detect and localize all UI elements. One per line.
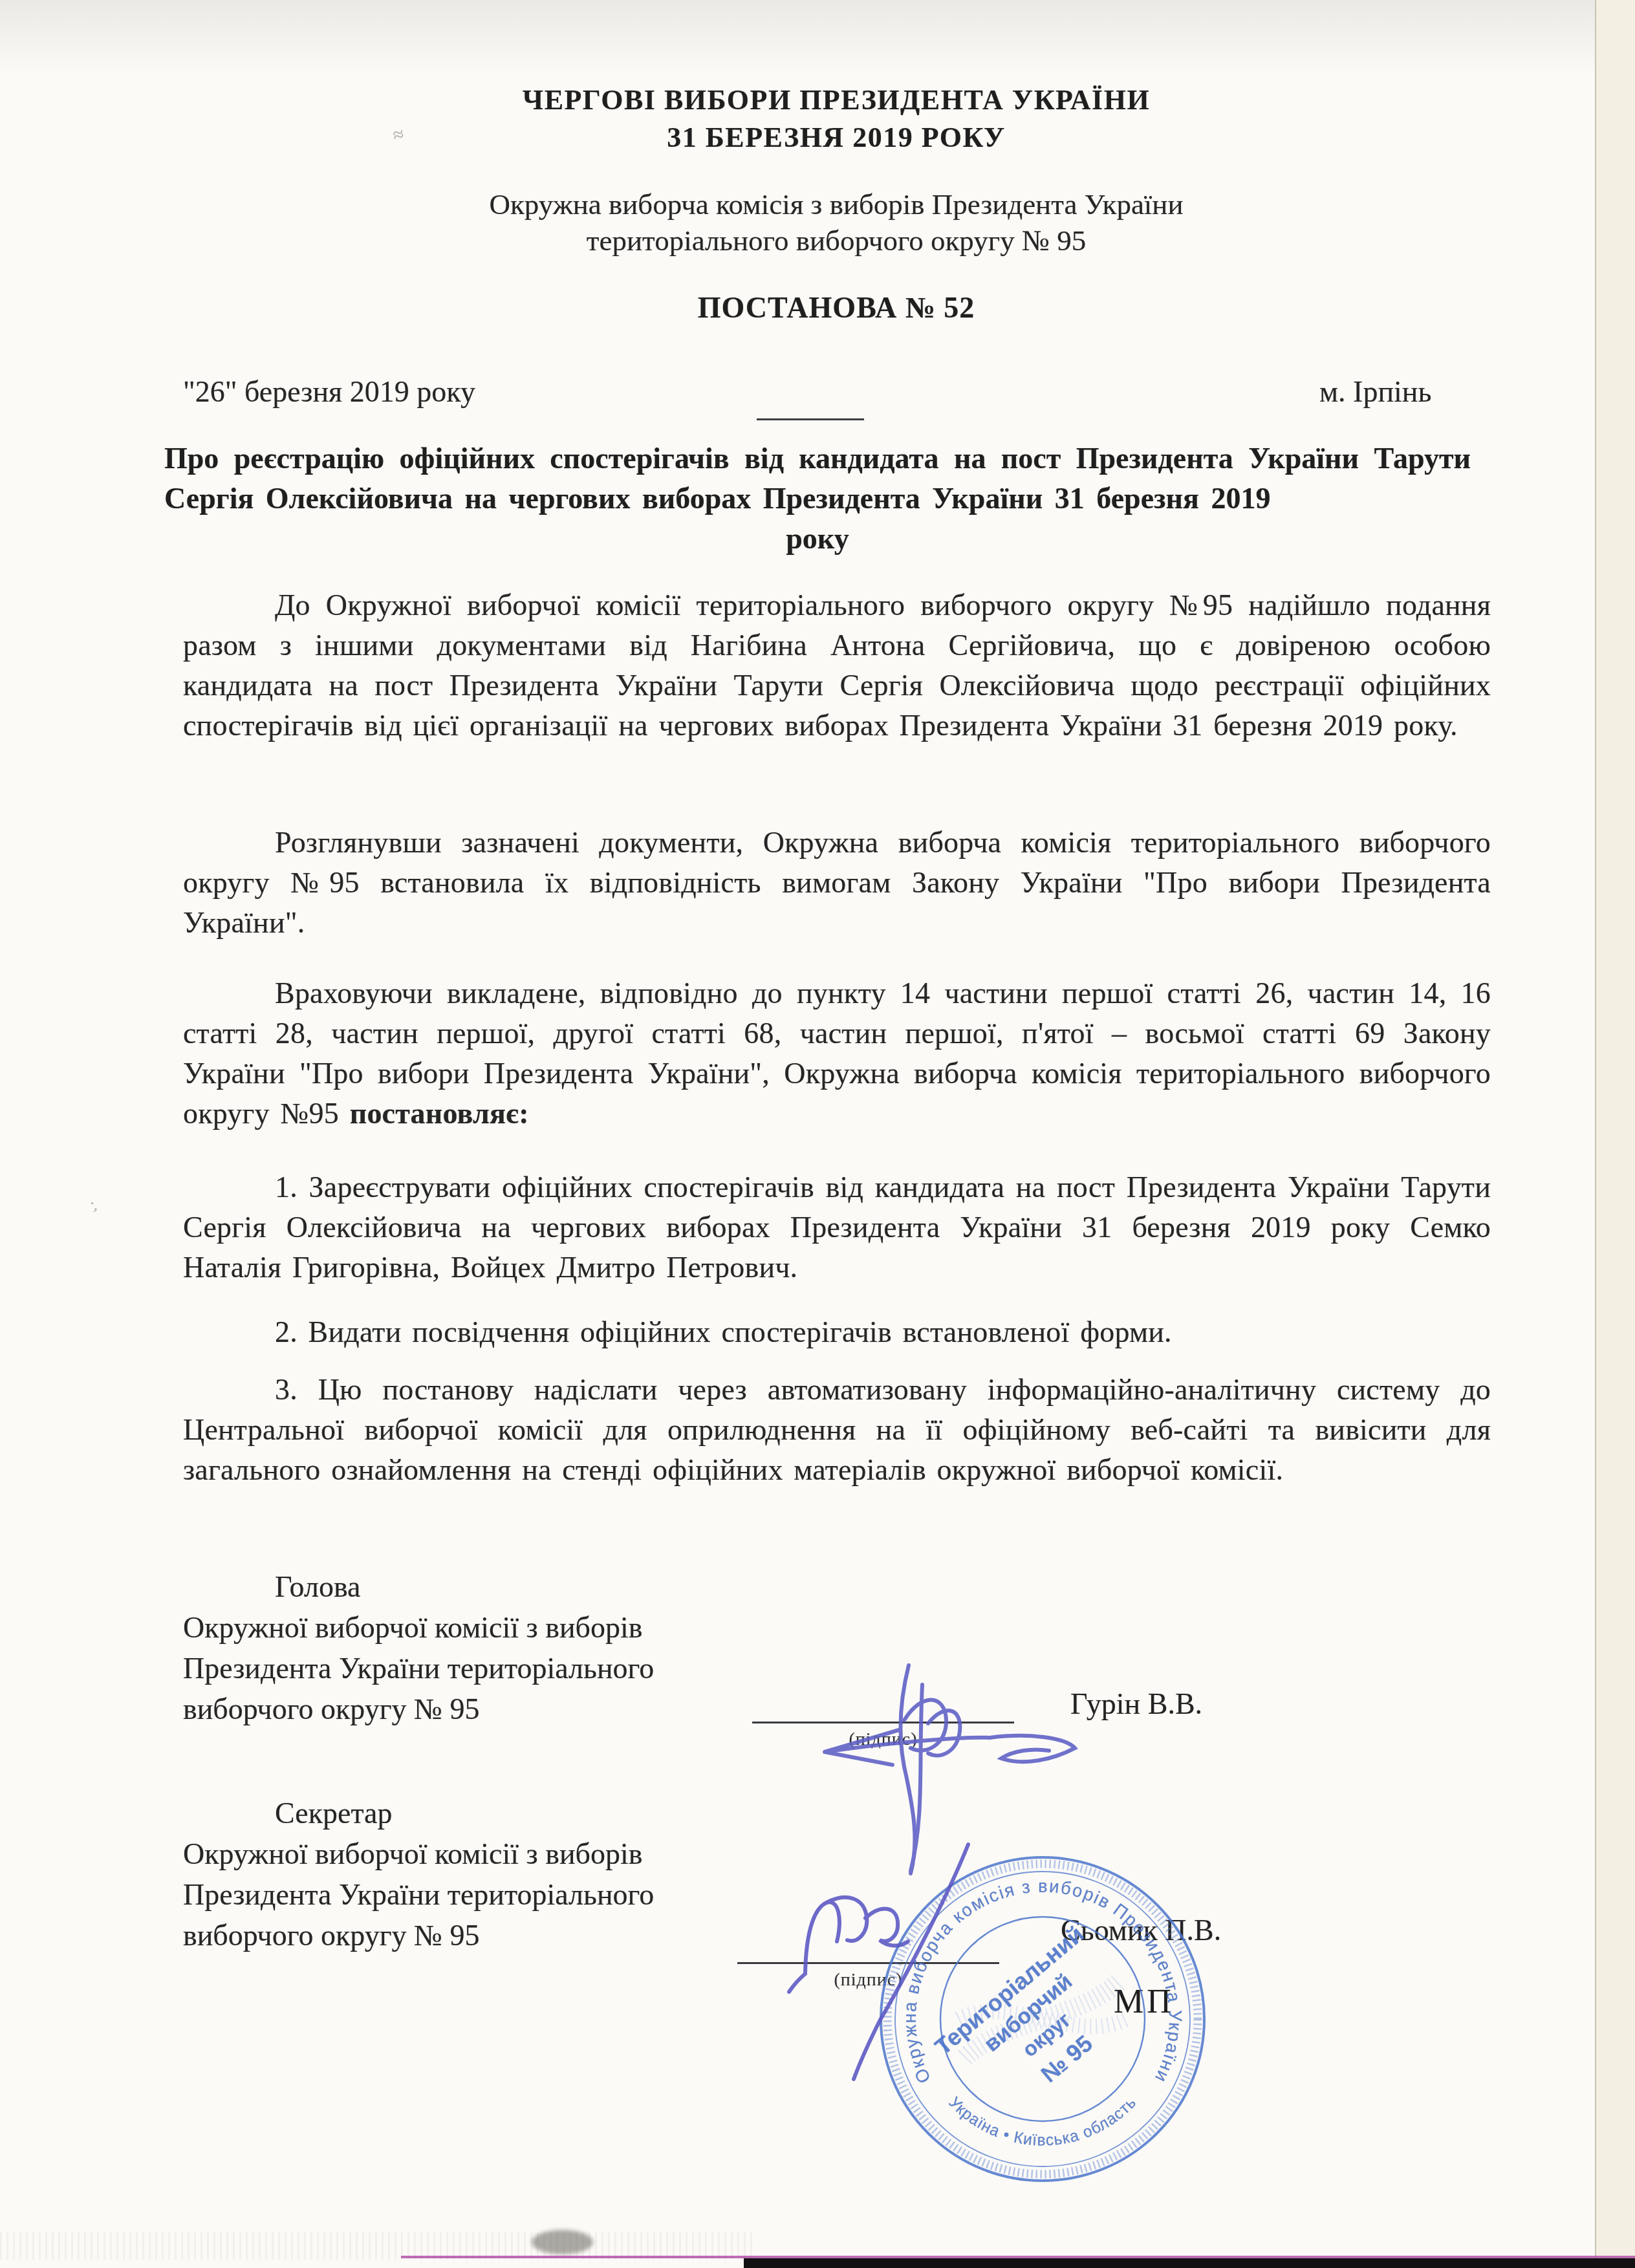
subject-heading: Про реєстрацію офіційних спостерігачів в… <box>164 438 1471 519</box>
scan-top-shadow <box>0 0 1635 74</box>
paragraph-2: Розглянувши зазначені документи, Окружна… <box>183 823 1491 943</box>
signatory-org-line1: Окружної виборчої комісії з виборів <box>183 1607 765 1648</box>
scanned-document-page: ≈ ·‚ ЧЕРГОВІ ВИБОРИ ПРЕЗИДЕНТА УКРАЇНИ 3… <box>0 0 1635 2268</box>
signatory-role-secretary: Секретар <box>183 1793 765 1833</box>
signatory-org-line2: Президента України територіального <box>183 1874 765 1915</box>
signatory-block-secretary: Секретар Окружної виборчої комісії з виб… <box>183 1793 765 1956</box>
blank-underline <box>757 418 864 420</box>
resolution-item-2: 2. Видати посвідчення офіційних спостері… <box>183 1312 1491 1352</box>
commission-line-1: Окружна виборча комісія з виборів Презид… <box>38 186 1635 222</box>
scan-smudge <box>532 2230 593 2254</box>
paper-right-edge <box>1595 0 1635 2268</box>
signatory-block-head: Голова Окружної виборчої комісії з вибор… <box>183 1566 765 1729</box>
commission-line-2: територіального виборчого округу № 95 <box>38 222 1635 259</box>
header-line-2: 31 БЕРЕЗНЯ 2019 РОКУ <box>38 119 1635 157</box>
commission-name: Окружна виборча комісія з виборів Презид… <box>38 186 1635 259</box>
document-header: ЧЕРГОВІ ВИБОРИ ПРЕЗИДЕНТА УКРАЇНИ 31 БЕР… <box>38 81 1635 157</box>
signature-ink-secretary <box>770 1798 1041 2108</box>
resolution-item-1: 1. Зареєструвати офіційних спостерігачів… <box>183 1167 1491 1288</box>
paragraph-3-resolves-word: постановляє: <box>350 1097 529 1130</box>
signatory-org-line3: виборчого округу № 95 <box>183 1689 765 1729</box>
resolution-title: ПОСТАНОВА № 52 <box>38 290 1635 325</box>
document-place: м. Ірпінь <box>1319 374 1431 409</box>
header-line-1: ЧЕРГОВІ ВИБОРИ ПРЕЗИДЕНТА УКРАЇНИ <box>38 81 1635 119</box>
resolution-item-3: 3. Цю постанову надіслати через автомати… <box>183 1370 1491 1490</box>
signatory-org-line2: Президента України територіального <box>183 1648 765 1689</box>
pencil-mark-margin: ·‚ <box>87 1195 102 1215</box>
scan-edge-black-bar <box>744 2258 1635 2268</box>
signatory-org-line3: виборчого округу № 95 <box>183 1915 765 1956</box>
paragraph-1: До Окружної виборчої комісії територіаль… <box>183 585 1491 746</box>
document-date: "26" березня 2019 року <box>183 374 475 409</box>
subject-heading-lastline: року <box>164 521 1471 556</box>
signatory-role-head: Голова <box>183 1566 765 1607</box>
signatory-org-line1: Окружної виборчої комісії з виборів <box>183 1833 765 1874</box>
paragraph-3: Враховуючи викладене, відповідно до пунк… <box>183 973 1491 1134</box>
